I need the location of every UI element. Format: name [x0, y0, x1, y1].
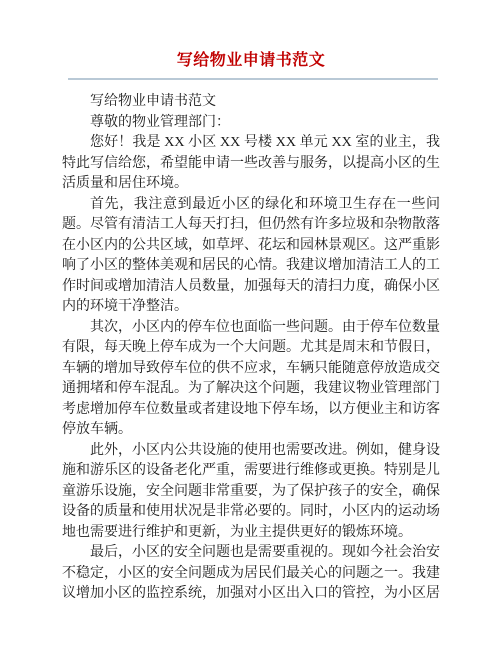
document-body: 写给物业申请书范文 尊敬的物业管理部门： 您好！我是 XX 小区 XX 号楼 X… [62, 92, 440, 605]
title-divider [68, 78, 438, 80]
paragraph-parking: 其次，小区内的停车位也面临一些问题。由于停车位数量有限，每天晚上停车成为一个大问… [62, 318, 440, 441]
salutation-line: 尊敬的物业管理部门： [62, 113, 440, 134]
body-title-line: 写给物业申请书范文 [62, 92, 440, 113]
intro-paragraph: 您好！我是 XX 小区 XX 号楼 XX 单元 XX 室的业主，我特此写信给您，… [62, 133, 440, 195]
page-title: 写给物业申请书范文 [62, 50, 440, 72]
paragraph-security: 最后，小区的安全问题也是需要重视的。现如今社会治安不稳定，小区的安全问题成为居民… [62, 543, 440, 605]
paragraph-facilities: 此外，小区内公共设施的使用也需要改进。例如，健身设施和游乐区的设备老化严重，需要… [62, 441, 440, 544]
document-page: 写给物业申请书范文 写给物业申请书范文 尊敬的物业管理部门： 您好！我是 XX … [0, 0, 500, 647]
paragraph-sanitation: 首先，我注意到最近小区的绿化和环境卫生存在一些问题。尽管有清洁工人每天打扫，但仍… [62, 195, 440, 318]
